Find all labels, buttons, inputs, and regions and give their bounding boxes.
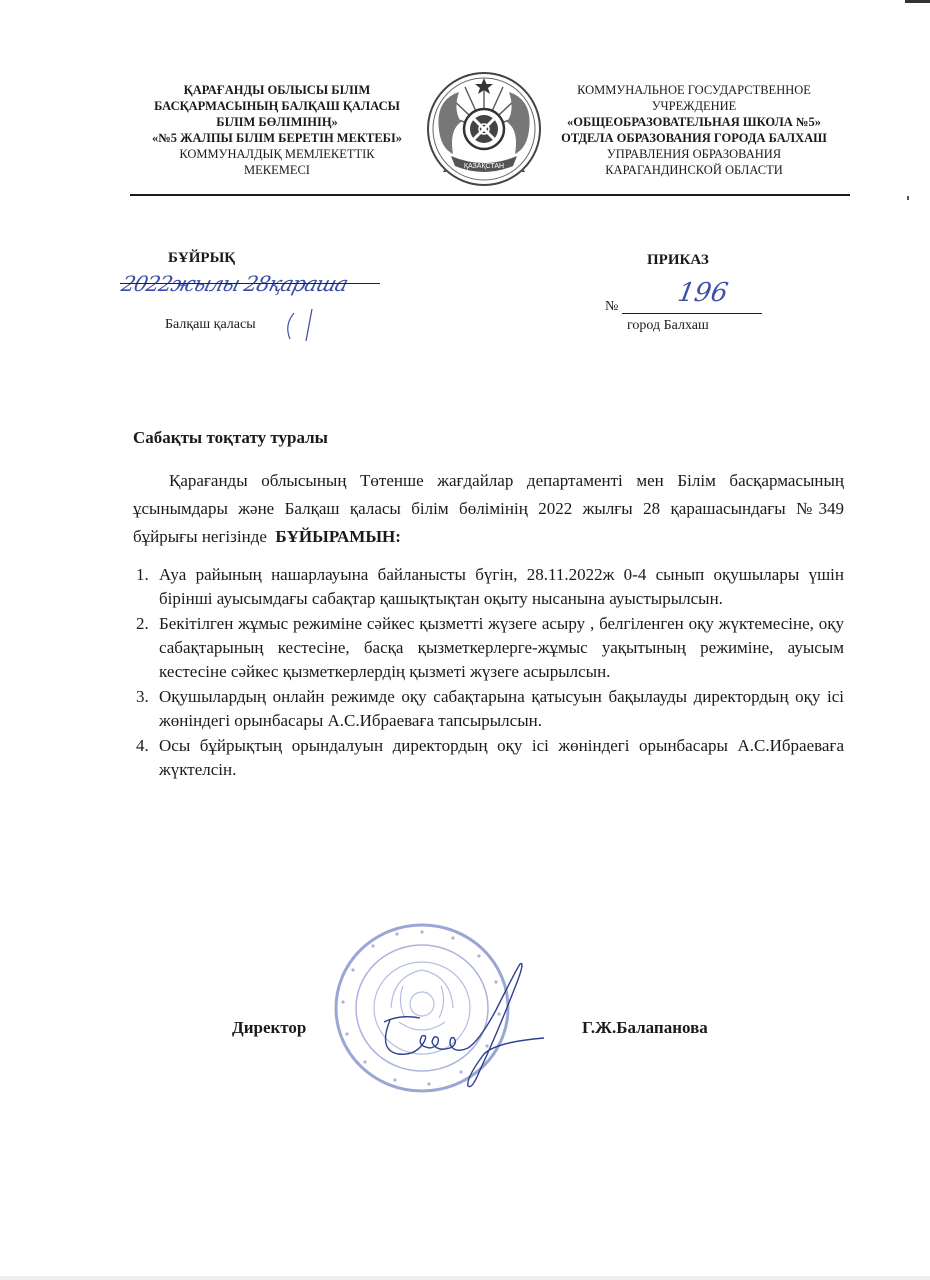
header-left-line: МЕКЕМЕСІ	[118, 162, 436, 178]
header-right-line: «ОБЩЕОБРАЗОВАТЕЛЬНАЯ ШКОЛА №5»	[536, 114, 852, 130]
header-left-line: БІЛІМ БӨЛІМІНІҢ»	[118, 114, 436, 130]
header-left-kazakh: ҚАРАҒАНДЫ ОБЛЫСЫ БІЛІМ БАСҚАРМАСЫНЫҢ БАЛ…	[118, 82, 436, 178]
header-right-line: УПРАВЛЕНИЯ ОБРАЗОВАНИЯ	[536, 146, 852, 162]
list-item-text: Осы бұйрықтың орындалуын директордың оқу…	[159, 736, 844, 779]
preamble-text: Қарағанды облысының Төтенше жағдайлар де…	[133, 471, 844, 546]
list-item: 3.Оқушылардың онлайн режимде оқу сабақта…	[133, 685, 844, 733]
preamble-emphasis: БҰЙЫРАМЫН:	[275, 527, 401, 546]
document-subject: Сабақты тоқтату туралы	[133, 428, 328, 448]
header-left-line: БАСҚАРМАСЫНЫҢ БАЛҚАШ ҚАЛАСЫ	[118, 98, 436, 114]
header-divider	[130, 194, 850, 196]
order-title-kazakh: БҰЙРЫҚ	[168, 250, 235, 267]
city-russian: город Балхаш	[627, 318, 709, 334]
header-left-line: «№5 ЖАЛПЫ БІЛІМ БЕРЕТІН МЕКТЕБІ»	[118, 130, 436, 146]
list-item-number: 4.	[136, 734, 149, 758]
list-item-number: 1.	[136, 563, 149, 587]
header-right-line: КАРАГАНДИНСКОЙ ОБЛАСТИ	[536, 162, 852, 178]
header-right-russian: КОММУНАЛЬНОЕ ГОСУДАРСТВЕННОЕ УЧРЕЖДЕНИЕ …	[536, 82, 852, 178]
list-item-text: Оқушылардың онлайн режимде оқу сабақтары…	[159, 687, 844, 730]
list-item: 2.Бекітілген жұмыс режиміне сәйкес қызме…	[133, 612, 844, 684]
scan-speck	[907, 196, 909, 200]
header-right-line: КОММУНАЛЬНОЕ ГОСУДАРСТВЕННОЕ	[536, 82, 852, 98]
date-underline	[120, 283, 380, 284]
header-left-line: ҚАРАҒАНДЫ ОБЛЫСЫ БІЛІМ	[118, 82, 436, 98]
scan-corner-mark	[905, 0, 930, 3]
signatory-role: Директор	[232, 1018, 306, 1038]
handwritten-date: 2022жылы 28қараша	[119, 272, 350, 296]
city-kazakh: Балқаш қаласы	[165, 317, 256, 333]
scan-bottom-edge	[0, 1276, 930, 1280]
handwritten-signature-icon	[376, 950, 556, 1100]
list-item-text: Ауа райының нашарлауына байланысты бүгін…	[159, 565, 844, 608]
list-item: 1.Ауа райының нашарлауына байланысты бүг…	[133, 563, 844, 611]
list-item-number: 3.	[136, 685, 149, 709]
number-sign: №	[605, 299, 618, 315]
handwritten-order-number: 196	[675, 278, 730, 308]
preamble-paragraph: Қарағанды облысының Төтенше жағдайлар де…	[133, 467, 844, 551]
handwritten-mark-icon	[282, 307, 322, 343]
header-left-line: КОММУНАЛДЫҚ МЕМЛЕКЕТТІК	[118, 146, 436, 162]
kazakhstan-state-emblem-icon: ҚАЗАҚСТАН	[425, 70, 543, 188]
signatory-name: Г.Ж.Балапанова	[582, 1018, 708, 1038]
header-right-line: УЧРЕЖДЕНИЕ	[536, 98, 852, 114]
list-item-text: Бекітілген жұмыс режиміне сәйкес қызметт…	[159, 614, 844, 681]
number-underline	[622, 313, 762, 314]
order-items-list: 1.Ауа райының нашарлауына байланысты бүг…	[133, 563, 844, 783]
list-item-number: 2.	[136, 612, 149, 636]
list-item: 4.Осы бұйрықтың орындалуын директордың о…	[133, 734, 844, 782]
svg-text:ҚАЗАҚСТАН: ҚАЗАҚСТАН	[464, 163, 504, 170]
header-right-line: ОТДЕЛА ОБРАЗОВАНИЯ ГОРОДА БАЛХАШ	[536, 130, 852, 146]
order-title-russian: ПРИКАЗ	[647, 252, 709, 269]
